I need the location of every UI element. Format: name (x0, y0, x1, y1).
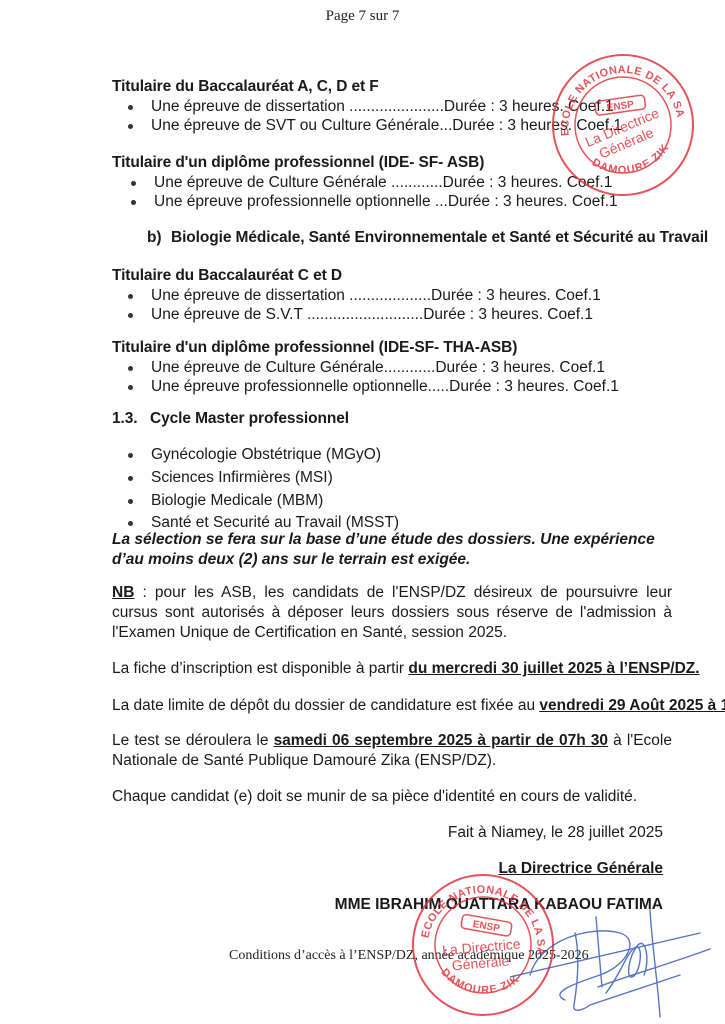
bullet-icon (128, 124, 133, 129)
bullet-icon (128, 313, 133, 318)
bullet-icon (128, 385, 133, 390)
svg-text:DAMOURE ZIKA: DAMOURE ZIKA (408, 870, 542, 1004)
bullet-icon (128, 499, 133, 504)
bullet-icon (131, 200, 136, 205)
registration-paragraph: La fiche d’inscription est disponible à … (112, 659, 692, 679)
subsection-label: b) (147, 229, 161, 247)
bullet-icon (128, 294, 133, 299)
section-title: Cycle Master professionnel (150, 410, 349, 428)
registration-date: du mercredi 30 juillet 2025 à l’ENSP/DZ. (408, 660, 699, 677)
selection-note: La sélection se fera sur la base d’une é… (112, 530, 672, 570)
section-number: 1.3. (112, 410, 137, 428)
deadline-date: vendredi 29 Août 2025 à 17H 00. (539, 697, 725, 714)
deadline-paragraph: La date limite de dépôt du dossier de ca… (112, 696, 692, 716)
nb-paragraph: NB : pour les ASB, les candidats de l'EN… (112, 583, 672, 643)
bullet-icon (128, 105, 133, 110)
subsection-title: Biologie Médicale, Santé Environnemental… (171, 229, 708, 247)
heading-bac-cd: Titulaire du Baccalauréat C et D (112, 267, 342, 285)
bullet-icon (128, 476, 133, 481)
heading-bac-acdf: Titulaire du Baccalauréat A, C, D et F (112, 78, 379, 96)
id-note: Chaque candidat (e) doit se munir de sa … (112, 787, 637, 807)
place-date: Fait à Niamey, le 28 juillet 2025 (448, 823, 663, 843)
page-number: Page 7 sur 7 (0, 8, 725, 25)
test-paragraph: Le test se déroulera le samedi 06 septem… (112, 731, 672, 771)
heading-pro-ide-sf-tha-asb: Titulaire d'un diplôme professionnel (ID… (112, 339, 517, 357)
nb-label: NB (112, 584, 134, 601)
bullet-icon (128, 453, 133, 458)
official-stamp-icon: ECOLE NATIONALE DE LA SANTE PUBLIQUE DAM… (408, 870, 558, 1020)
heading-pro-ide-sf-asb: Titulaire d'un diplôme professionnel (ID… (112, 154, 484, 172)
svg-text:ENSP: ENSP (472, 919, 501, 935)
signatory-name: MME IBRAHIM OUATTARA KABAOU FATIMA (335, 895, 663, 915)
bullet-icon (131, 181, 136, 186)
bullet-icon (128, 521, 133, 526)
footer-text: Conditions d’accès à l’ENSP/DZ, année ac… (229, 948, 589, 964)
test-date: samedi 06 septembre 2025 à partir de 07h… (274, 732, 608, 749)
bullet-icon (128, 366, 133, 371)
signatory-title: La Directrice Générale (498, 859, 663, 879)
